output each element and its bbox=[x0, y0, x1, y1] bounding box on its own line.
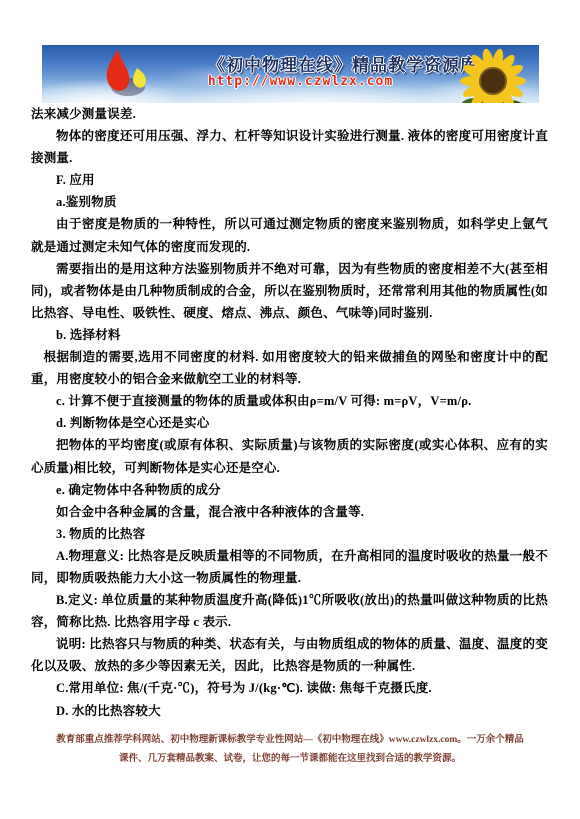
sunflower-icon bbox=[445, 45, 537, 103]
paragraph: 由于密度是物质的一种特性，所以可通过测定物质的密度来鉴别物质，如科学史上氩气就是… bbox=[31, 213, 548, 257]
site-banner: 《初中物理在线》精品教学资源库 http://www.czwlzx.com bbox=[42, 45, 539, 103]
paragraph: 3. 物质的比热容 bbox=[31, 523, 548, 545]
footer-promo: 教育部重点推荐学科网站、初中物理新课标教学专业性网站—《初中物理在线》www.c… bbox=[36, 731, 544, 769]
paragraph: 如合金中各种金属的含量，混合液中各种液体的含量等. bbox=[31, 501, 548, 523]
paragraph: F. 应用 bbox=[31, 169, 548, 191]
paragraph: A.物理意义: 比热容是反映质量相等的不同物质，在升高相同的温度时吸收的热量一般… bbox=[31, 545, 548, 589]
paragraph: c. 计算不便于直接测量的物体的质量或体积由ρ=m/V 可得: m=ρV，V=m… bbox=[31, 390, 548, 412]
document-page: 《初中物理在线》精品教学资源库 http://www.czwlzx.com bbox=[0, 0, 580, 819]
document-body: 法来减少测量误差. 物体的密度还可用压强、浮力、杠杆等知识设计实验进行测量. 液… bbox=[31, 103, 548, 722]
paragraph: e. 确定物体中各种物质的成分 bbox=[31, 479, 548, 501]
paragraph: 根据制造的需要,选用不同密度的材料. 如用密度较大的铅来做捕鱼的网坠和密度计中的… bbox=[31, 346, 548, 390]
paragraph: 需要指出的是用这种方法鉴别物质并不绝对可靠，因为有些物质的密度相差不大(甚至相同… bbox=[31, 258, 548, 324]
paragraph: 物体的密度还可用压强、浮力、杠杆等知识设计实验进行测量. 液体的密度可用密度计直… bbox=[31, 125, 548, 169]
paragraph: 说明: 比热容只与物质的种类、状态有关，与由物质组成的物体的质量、温度、温度的变… bbox=[31, 633, 548, 677]
paragraph: D. 水的比热容较大 bbox=[31, 700, 548, 722]
paragraph: C.常用单位: 焦/(千克·℃)，符号为 J/(kg·℃). 读做: 焦每千克摄… bbox=[31, 677, 548, 699]
paragraph: B.定义: 单位质量的某种物质温度升高(降低)1℃所吸收(放出)的热量叫做这种物… bbox=[31, 589, 548, 633]
paragraph: 法来减少测量误差. bbox=[31, 103, 548, 125]
paragraph: b. 选择材料 bbox=[31, 324, 548, 346]
paragraph: a.鉴别物质 bbox=[31, 191, 548, 213]
paragraph: 把物体的平均密度(或原有体积、实际质量)与该物质的实际密度(或实心体积、应有的实… bbox=[31, 434, 548, 478]
footer-line-2: 课件、几万套精品教案、试卷，让您的每一节课都能在这里找到合适的教学资源。 bbox=[36, 750, 544, 769]
footer-line-1: 教育部重点推荐学科网站、初中物理新课标教学专业性网站—《初中物理在线》www.c… bbox=[36, 731, 544, 750]
paragraph: d. 判断物体是空心还是实心 bbox=[31, 412, 548, 434]
